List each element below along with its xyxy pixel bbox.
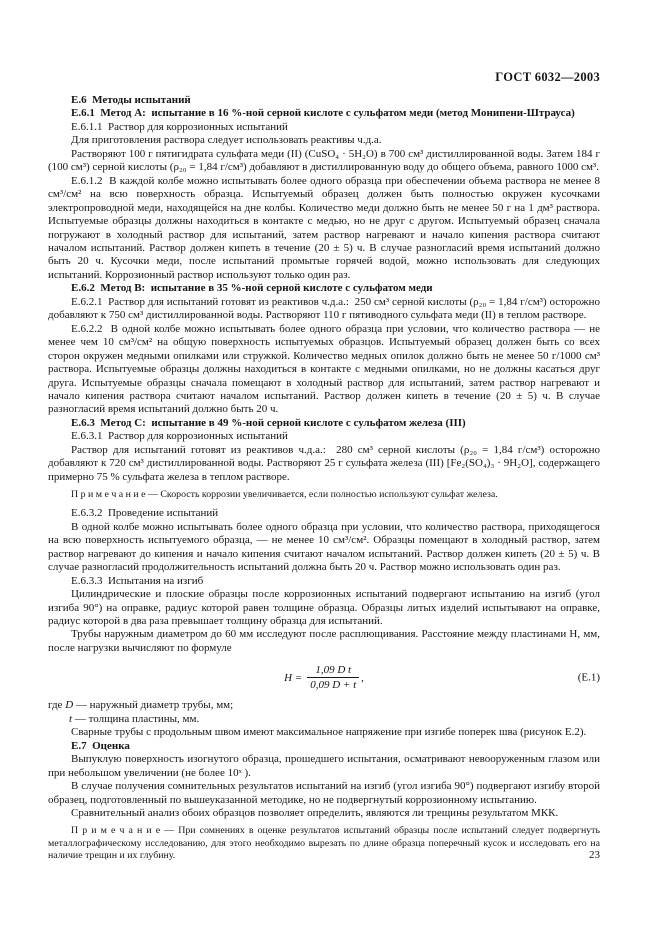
formula-fraction: 1,09 D t0,09 D + t bbox=[307, 664, 359, 691]
para-e631-title: Е.6.3.1 Раствор для коррозионных испытан… bbox=[48, 430, 600, 443]
para-solution-c: Раствор для испытаний готовят из реактив… bbox=[48, 444, 600, 484]
document-page: ГОСТ 6032—2003 Е.6 Методы испытаний Е.6.… bbox=[0, 0, 661, 936]
para-e611-title: Е.6.1.1 Раствор для коррозионных испытан… bbox=[48, 121, 600, 134]
doc-code-header: ГОСТ 6032—2003 bbox=[48, 70, 600, 85]
formula-denominator: 0,09 D + t bbox=[307, 678, 359, 691]
para-e633-title: Е.6.3.3 Испытания на изгиб bbox=[48, 575, 600, 588]
para-tubes: Трубы наружным диаметром до 60 мм исслед… bbox=[48, 628, 600, 655]
para-e632-body: В одной колбе можно испытывать более одн… bbox=[48, 521, 600, 575]
para-e7-doubtful: В случае получения сомнительных результа… bbox=[48, 780, 600, 807]
section-heading-e63: Е.6.3 Метод С: испытание в 49 %-ной серн… bbox=[48, 417, 600, 430]
para-e612: Е.6.1.2 В каждой колбе можно испытывать … bbox=[48, 175, 600, 283]
where-intro: где bbox=[48, 699, 62, 711]
page-number: 23 bbox=[48, 849, 600, 861]
where-line-t: t — толщина пластины, мм. bbox=[48, 713, 600, 726]
para-bend-test: Цилиндрические и плоские образцы после к… bbox=[48, 588, 600, 628]
document-body: Е.6 Методы испытаний Е.6.1 Метод А: испы… bbox=[48, 94, 600, 868]
para-welded-tubes: Сварные трубы с продольным швом имеют ма… bbox=[48, 726, 600, 739]
section-heading-e6: Е.6 Методы испытаний bbox=[48, 94, 600, 107]
formula-comma: , bbox=[361, 672, 364, 684]
para-e632-title: Е.6.3.2 Проведение испытаний bbox=[48, 507, 600, 520]
section-heading-e61: Е.6.1 Метод А: испытание в 16 %-ной серн… bbox=[48, 107, 600, 120]
formula-expression: H =1,09 D t0,09 D + t, bbox=[284, 664, 364, 691]
para-e7-comparative: Сравнительный анализ обоих образцов позв… bbox=[48, 807, 600, 820]
where-var-d: D bbox=[65, 699, 73, 711]
formula-number: (Е.1) bbox=[578, 671, 600, 684]
section-heading-e62: Е.6.2 Метод В: испытание в 35 %-ной серн… bbox=[48, 282, 600, 295]
para-reagents: Для приготовления раствора следует испол… bbox=[48, 134, 600, 147]
where-var-t: t bbox=[69, 713, 72, 725]
section-heading-e7: Е.7 Оценка bbox=[48, 740, 600, 753]
para-e621: Е.6.2.1 Раствор для испытаний готовят из… bbox=[48, 296, 600, 323]
where-desc-t: — толщина пластины, мм. bbox=[75, 713, 199, 725]
formula-numerator: 1,09 D t bbox=[307, 664, 359, 678]
para-e7-inspection: Выпуклую поверхность изогнутого образца,… bbox=[48, 753, 600, 780]
note-corrosion-rate: П р и м е ч а н и е — Скорость коррозии … bbox=[48, 489, 600, 501]
para-e622: Е.6.2.2 В одной колбе можно испытывать б… bbox=[48, 323, 600, 417]
formula-e1: H =1,09 D t0,09 D + t, (Е.1) bbox=[48, 664, 600, 691]
where-desc-d: — наружный диаметр трубы, мм; bbox=[76, 699, 233, 711]
formula-lhs: H = bbox=[284, 672, 302, 684]
where-line-d: где D — наружный диаметр трубы, мм; bbox=[48, 699, 600, 712]
para-solution-a: Растворяют 100 г пятигидрата сульфата ме… bbox=[48, 148, 600, 175]
